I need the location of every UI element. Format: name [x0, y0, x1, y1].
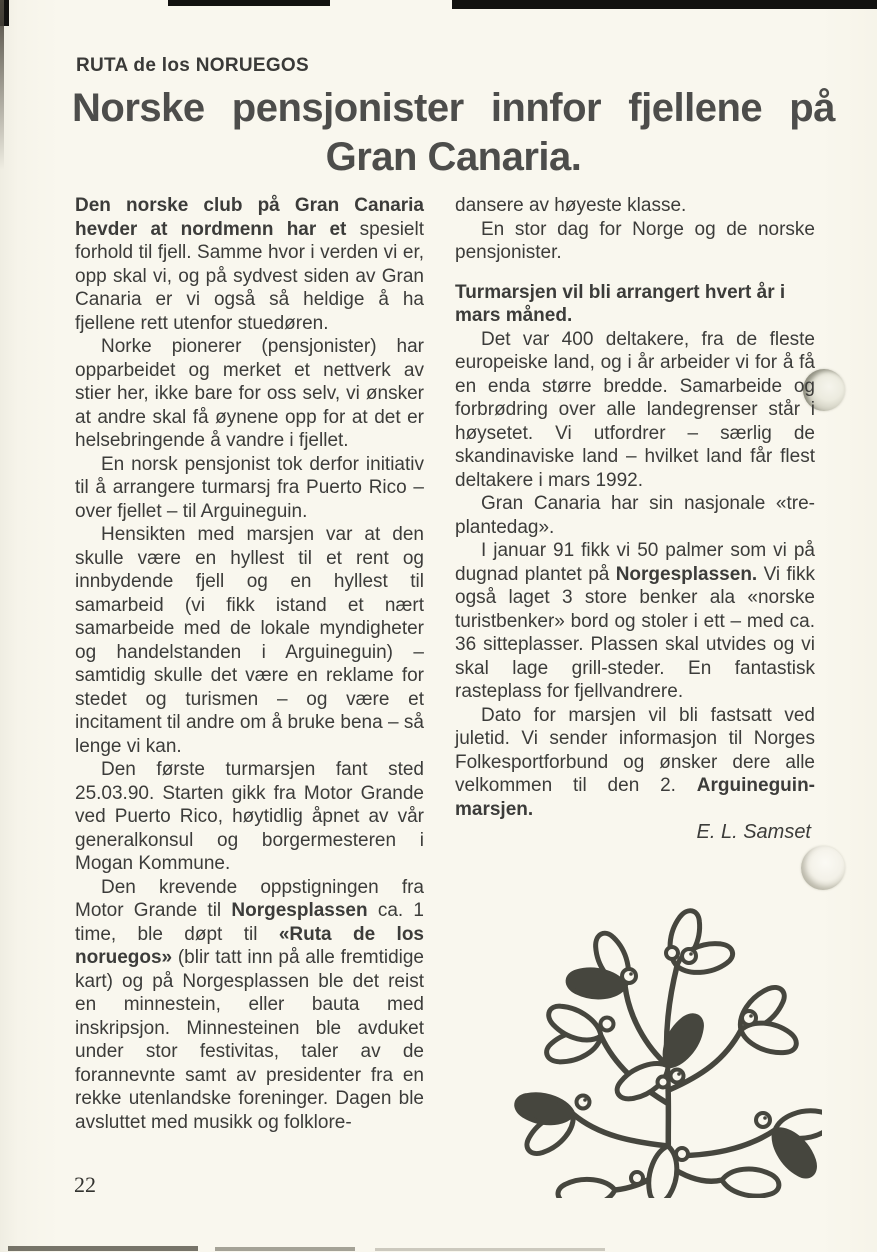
- page-number: 22: [74, 1172, 96, 1198]
- scan-edge-artifact: [8, 1246, 198, 1251]
- paragraph: dansere av høyeste klasse.: [455, 194, 815, 218]
- left-text-column: Den norske club på Gran Canaria hevder a…: [75, 194, 424, 1134]
- article-title: Norske pensjonister innfor fjellene på G…: [72, 84, 835, 182]
- paragraph: Gran Canaria har sin nasjonale «tre-plan…: [455, 492, 815, 539]
- scan-edge-artifact: [215, 1247, 355, 1251]
- article-title-line2: Gran Canaria.: [72, 133, 835, 182]
- paragraph: Den første turmarsjen fant sted 25.03.90…: [75, 758, 424, 876]
- paragraph: En norsk pensjonist tok derfor initiativ…: [75, 453, 424, 524]
- paragraph: Hensikten med marsjen var at den skulle …: [75, 523, 424, 758]
- scan-edge-artifact: [0, 0, 4, 170]
- paragraph: En stor dag for Norge og de norske pensj…: [455, 218, 815, 265]
- article-kicker: RUTA de los NORUEGOS: [76, 55, 309, 77]
- author-byline: E. L. Samset: [455, 821, 815, 845]
- paragraph: Den krevende oppstigningen fra Motor Gra…: [75, 876, 424, 1135]
- mistletoe-illustration: [512, 898, 822, 1198]
- section-subhead: Turmarsjen vil bli arrangert hvert år i …: [455, 281, 815, 328]
- scan-edge-artifact: [452, 0, 877, 9]
- scan-edge-artifact: [168, 0, 330, 6]
- paragraph: I januar 91 fikk vi 50 palmer som vi på …: [455, 539, 815, 704]
- paragraph: Dato for marsjen vil bli fastsatt ved ju…: [455, 704, 815, 822]
- scan-edge-artifact: [375, 1248, 605, 1251]
- right-text-column: dansere av høyeste klasse. En stor dag f…: [455, 194, 815, 845]
- paragraph: Det var 400 deltakere, fra de fleste eur…: [455, 328, 815, 493]
- paragraph: Norke pionerer (pensjonister) har opparb…: [75, 335, 424, 453]
- article-title-line1: Norske pensjonister innfor fjellene på: [72, 84, 835, 133]
- hole-punch: [801, 846, 845, 890]
- paragraph: Den norske club på Gran Canaria hevder a…: [75, 194, 424, 335]
- scanned-newsletter-page: RUTA de los NORUEGOS Norske pensjonister…: [0, 0, 877, 1252]
